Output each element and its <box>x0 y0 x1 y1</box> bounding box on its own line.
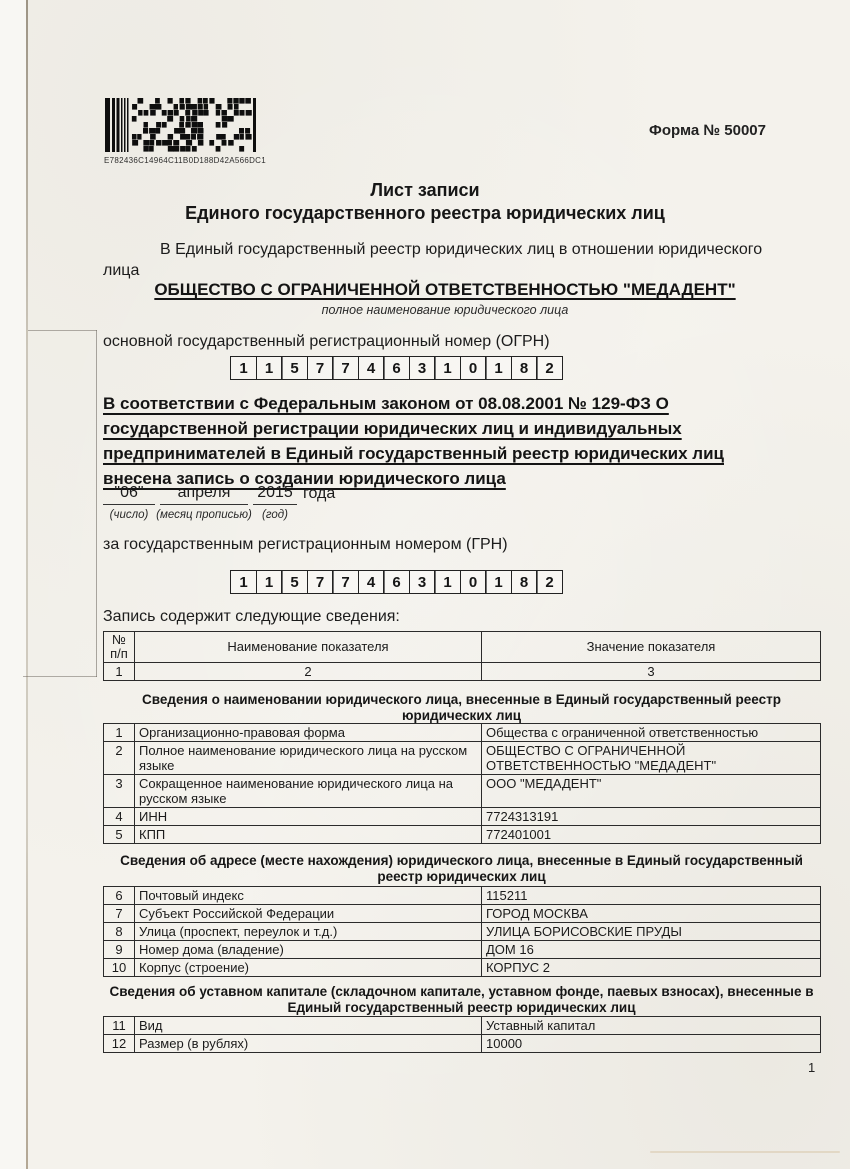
row-number-cell: 3 <box>104 775 135 808</box>
row-value-cell: 772401001 <box>482 826 821 844</box>
section-table-address: 6 Почтовый индекс 115211 7 Субъект Росси… <box>103 886 821 977</box>
under-sheet-edge-bottom <box>23 676 97 677</box>
law-paragraph: В соответствии с Федеральным законом от … <box>103 391 819 491</box>
ogrn-digit: 1 <box>485 356 512 380</box>
table-row: 10 Корпус (строение) КОРПУС 2 <box>104 959 821 977</box>
row-number-cell: 4 <box>104 808 135 826</box>
section-title-line: Единый государственный реестр юридически… <box>103 1000 820 1016</box>
grn-digit: 1 <box>256 570 283 594</box>
row-value-cell: КОРПУС 2 <box>482 959 821 977</box>
table-row: 12 Размер (в рублях) 10000 <box>104 1035 821 1053</box>
row-value-cell: ОБЩЕСТВО С ОГРАНИЧЕННОЙ ОТВЕТСТВЕННОСТЬЮ… <box>482 742 821 775</box>
header-col-num: № п/п <box>104 632 135 663</box>
section-title-capital: Сведения об уставном капитале (складочно… <box>103 984 820 1016</box>
date-year-label: (год) <box>248 509 302 521</box>
row-value-cell: Общества с ограниченной ответственностью <box>482 724 821 742</box>
row-name-cell: Субъект Российской Федерации <box>135 905 482 923</box>
ogrn-digit: 7 <box>332 356 359 380</box>
table-row: 4 ИНН 7724313191 <box>104 808 821 826</box>
scanned-document-page: E782436C14964C11B0D188D42A566DC1 Форма №… <box>0 0 850 1169</box>
ogrn-digit-boxes: 1 1 5 7 7 4 6 3 1 0 1 8 2 <box>230 356 563 380</box>
intro-line-2: лица <box>103 260 819 281</box>
row-name-cell: Почтовый индекс <box>135 887 482 905</box>
section-title-line: Сведения об адресе (месте нахождения) юр… <box>103 853 820 869</box>
row-number-cell: 11 <box>104 1017 135 1035</box>
title-line-2: Единого государственного реестра юридиче… <box>0 202 850 225</box>
ogrn-digit: 1 <box>434 356 461 380</box>
row-value-cell: 115211 <box>482 887 821 905</box>
document-title: Лист записи Единого государственного рее… <box>0 179 850 225</box>
intro-line-1: В Единый государственный реестр юридичес… <box>103 239 819 260</box>
table-row: 8 Улица (проспект, переулок и т.д.) УЛИЦ… <box>104 923 821 941</box>
section-table-capital: 11 Вид Уставный капитал 12 Размер (в руб… <box>103 1016 821 1053</box>
row-number-cell: 10 <box>104 959 135 977</box>
date-day: "06" <box>103 484 155 505</box>
law-line-1: В соответствии с Федеральным законом от … <box>103 391 669 416</box>
row-value-cell: 7724313191 <box>482 808 821 826</box>
index-cell: 1 <box>104 663 135 681</box>
intro-paragraph: В Единый государственный реестр юридичес… <box>103 239 819 281</box>
index-cell: 2 <box>135 663 482 681</box>
table-row: 11 Вид Уставный капитал <box>104 1017 821 1035</box>
table-row: 6 Почтовый индекс 115211 <box>104 887 821 905</box>
row-number-cell: 1 <box>104 724 135 742</box>
ogrn-digit: 7 <box>307 356 334 380</box>
row-name-cell: Полное наименование юридического лица на… <box>135 742 482 775</box>
section-title-line: реестр юридических лиц <box>103 869 820 885</box>
row-number-cell: 2 <box>104 742 135 775</box>
row-value-cell: ГОРОД МОСКВА <box>482 905 821 923</box>
header-num-line2: п/п <box>108 647 130 661</box>
barcode-2d <box>105 98 258 154</box>
grn-digit: 3 <box>409 570 436 594</box>
row-value-cell: 10000 <box>482 1035 821 1053</box>
row-name-cell: ИНН <box>135 808 482 826</box>
ogrn-digit: 3 <box>409 356 436 380</box>
page-edge-line <box>26 0 28 1169</box>
row-name-cell: КПП <box>135 826 482 844</box>
date-month: апреля <box>160 484 248 505</box>
grn-digit-boxes: 1 1 5 7 7 4 6 3 1 0 1 8 2 <box>230 570 563 594</box>
grn-label: за государственным регистрационным номер… <box>103 536 508 554</box>
table-row: 9 Номер дома (владение) ДОМ 16 <box>104 941 821 959</box>
law-line-3: предпринимателей в Единый государственны… <box>103 441 724 466</box>
header-col-value: Значение показателя <box>482 632 821 663</box>
date-day-label: (число) <box>100 509 158 521</box>
form-number: Форма № 50007 <box>649 122 766 139</box>
grn-digit: 1 <box>230 570 257 594</box>
grn-digit: 7 <box>332 570 359 594</box>
header-col-name: Наименование показателя <box>135 632 482 663</box>
header-row: № п/п Наименование показателя Значение п… <box>104 632 821 663</box>
row-name-cell: Размер (в рублях) <box>135 1035 482 1053</box>
grn-digit: 1 <box>485 570 512 594</box>
section-title-address: Сведения об адресе (месте нахождения) юр… <box>103 853 820 885</box>
grn-digit: 7 <box>307 570 334 594</box>
company-name-caption: полное наименование юридического лица <box>95 303 795 317</box>
record-intro: Запись содержит следующие сведения: <box>103 608 400 626</box>
company-name: ОБЩЕСТВО С ОГРАНИЧЕННОЙ ОТВЕТСТВЕННОСТЬЮ… <box>95 280 795 300</box>
header-index-row: 1 2 3 <box>104 663 821 681</box>
row-value-cell: ДОМ 16 <box>482 941 821 959</box>
ogrn-label: основной государственный регистрационный… <box>103 333 550 351</box>
row-name-cell: Вид <box>135 1017 482 1035</box>
row-name-cell: Организационно-правовая форма <box>135 724 482 742</box>
table-row: 5 КПП 772401001 <box>104 826 821 844</box>
grn-digit: 5 <box>281 570 308 594</box>
grn-digit: 2 <box>536 570 563 594</box>
row-number-cell: 7 <box>104 905 135 923</box>
section-title-name: Сведения о наименовании юридического лиц… <box>103 692 820 724</box>
grn-digit: 1 <box>434 570 461 594</box>
section-title-line: Сведения об уставном капитале (складочно… <box>103 984 820 1000</box>
table-row: 2 Полное наименование юридического лица … <box>104 742 821 775</box>
section-title-line: Сведения о наименовании юридического лиц… <box>103 692 820 708</box>
row-number-cell: 12 <box>104 1035 135 1053</box>
row-number-cell: 9 <box>104 941 135 959</box>
section-title-line: юридических лиц <box>103 708 820 724</box>
record-header-table: № п/п Наименование показателя Значение п… <box>103 631 821 681</box>
row-value-cell: УЛИЦА БОРИСОВСКИЕ ПРУДЫ <box>482 923 821 941</box>
row-number-cell: 8 <box>104 923 135 941</box>
row-name-cell: Корпус (строение) <box>135 959 482 977</box>
header-num-line1: № <box>108 633 130 647</box>
grn-digit: 8 <box>511 570 538 594</box>
page-number: 1 <box>808 1060 815 1075</box>
table-row: 1 Организационно-правовая форма Общества… <box>104 724 821 742</box>
grn-digit: 6 <box>383 570 410 594</box>
ogrn-digit: 0 <box>460 356 487 380</box>
row-name-cell: Улица (проспект, переулок и т.д.) <box>135 923 482 941</box>
row-value-cell: ООО "МЕДАДЕНТ" <box>482 775 821 808</box>
scan-smudge <box>650 1151 840 1153</box>
row-number-cell: 6 <box>104 887 135 905</box>
ogrn-digit: 1 <box>256 356 283 380</box>
table-row: 3 Сокращенное наименование юридического … <box>104 775 821 808</box>
date-month-label: (месяц прописью) <box>155 509 253 521</box>
scanner-bed-strip <box>0 0 26 1169</box>
date-year: 2015 <box>253 484 297 505</box>
grn-digit: 0 <box>460 570 487 594</box>
ogrn-digit: 5 <box>281 356 308 380</box>
table-row: 7 Субъект Российской Федерации ГОРОД МОС… <box>104 905 821 923</box>
index-cell: 3 <box>482 663 821 681</box>
row-number-cell: 5 <box>104 826 135 844</box>
under-sheet-edge-top <box>28 330 97 331</box>
ogrn-digit: 6 <box>383 356 410 380</box>
ogrn-digit: 1 <box>230 356 257 380</box>
barcode-caption: E782436C14964C11B0D188D42A566DC1 <box>104 156 266 165</box>
under-sheet-edge-right <box>96 330 97 677</box>
section-table-name: 1 Организационно-правовая форма Общества… <box>103 723 821 844</box>
ogrn-digit: 2 <box>536 356 563 380</box>
ogrn-digit: 8 <box>511 356 538 380</box>
row-value-cell: Уставный капитал <box>482 1017 821 1035</box>
law-line-2: государственной регистрации юридических … <box>103 416 682 441</box>
date-year-suffix: года <box>303 485 335 503</box>
row-name-cell: Номер дома (владение) <box>135 941 482 959</box>
row-name-cell: Сокращенное наименование юридического ли… <box>135 775 482 808</box>
title-line-1: Лист записи <box>0 179 850 202</box>
ogrn-digit: 4 <box>358 356 385 380</box>
grn-digit: 4 <box>358 570 385 594</box>
